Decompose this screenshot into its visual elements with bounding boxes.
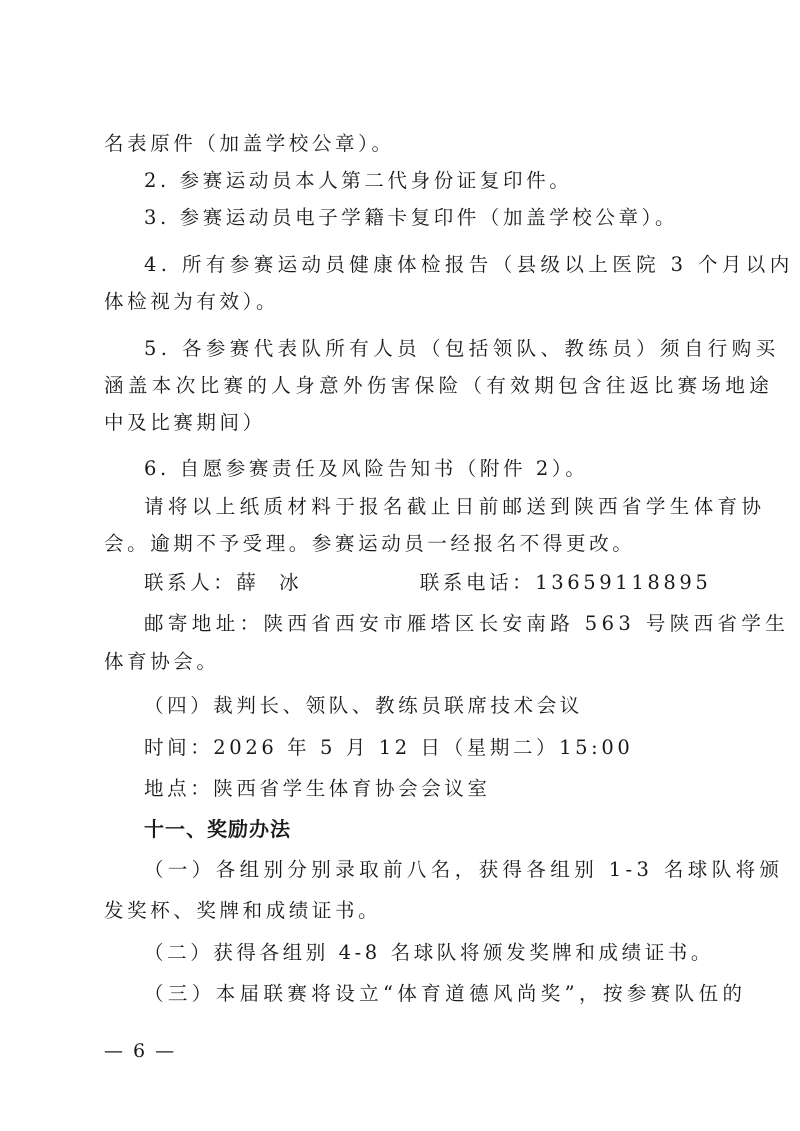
text-line-14: 体育协会。 xyxy=(104,649,704,675)
list-item-2: 2. 参赛运动员本人第二代身份证复印件。 xyxy=(144,168,744,194)
list-item-5: 5. 各参赛代表队所有人员（包括领队、教练员）须自行购买 xyxy=(144,336,744,362)
text-line-5: 体检视为有效）。 xyxy=(104,289,704,315)
section-heading: 十一、奖励办法 xyxy=(144,816,744,842)
text-line-10: 请将以上纸质材料于报名截止日前邮送到陕西省学生体育协 xyxy=(144,494,744,520)
list-item-4: 4. 所有参赛运动员健康体检报告（县级以上医院 3 个月以内 xyxy=(144,252,744,278)
text-line-8: 中及比赛期间） xyxy=(104,410,704,436)
award-item-1: （一）各组别分别录取前八名，获得各组别 1-3 名球队将颁 xyxy=(144,857,744,883)
award-item-2: （二）获得各组别 4-8 名球队将颁发奖牌和成绩证书。 xyxy=(144,940,744,966)
text-line-7: 涵盖本次比赛的人身意外伤害保险（有效期包含往返比赛场地途 xyxy=(104,373,704,399)
text-line-20: 发奖杯、奖牌和成绩证书。 xyxy=(104,898,704,924)
page-number: — 6 — xyxy=(104,1040,176,1062)
list-item-3: 3. 参赛运动员电子学籍卡复印件（加盖学校公章）。 xyxy=(144,205,744,231)
award-item-3: （三）本届联赛将设立“体育道德风尚奖”，按参赛队伍的 xyxy=(144,981,744,1007)
meeting-title: （四）裁判长、领队、教练员联席技术会议 xyxy=(144,693,744,719)
meeting-location: 地点：陕西省学生体育协会会议室 xyxy=(144,776,744,802)
text-line-11: 会。逾期不予受理。参赛运动员一经报名不得更改。 xyxy=(104,531,704,557)
document-page: 名表原件（加盖学校公章）。 2. 参赛运动员本人第二代身份证复印件。 3. 参赛… xyxy=(0,0,800,1131)
contact-line: 联系人：薛 冰 联系电话：13659118895 xyxy=(144,570,744,596)
address-line: 邮寄地址：陕西省西安市雁塔区长安南路 563 号陕西省学生 xyxy=(144,611,744,637)
list-item-6: 6. 自愿参赛责任及风险告知书（附件 2）。 xyxy=(144,456,744,482)
text-line-1: 名表原件（加盖学校公章）。 xyxy=(104,131,704,157)
meeting-time: 时间：2026 年 5 月 12 日（星期二）15:00 xyxy=(144,735,744,761)
